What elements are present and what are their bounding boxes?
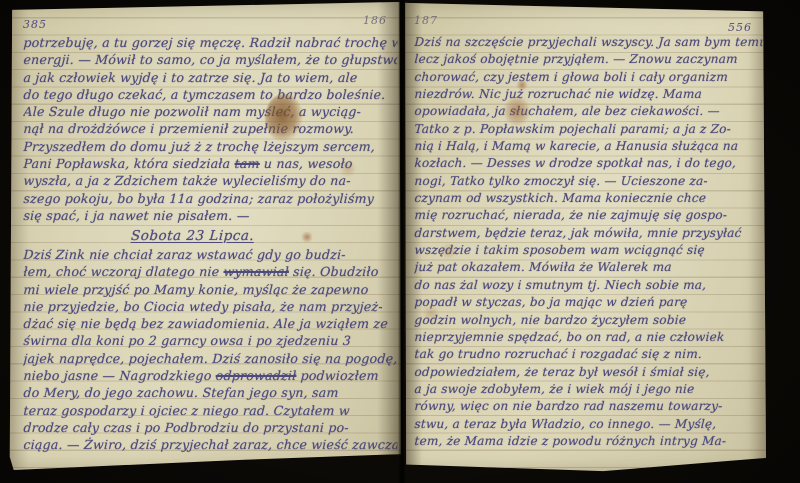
handwritten-line: Ale Szule długo nie pozwolił nam myśleć,…	[23, 103, 398, 120]
handwritten-line: stwu, a teraz była Władzio, co innego. —…	[414, 416, 763, 433]
handwritten-line: niezdrów. Nic już rozruchać nie widzę. M…	[414, 86, 763, 103]
handwritten-line: a jak człowiek wyjdę i to zatrze się. Ja…	[23, 69, 398, 86]
handwritten-line: dżać się nie będą bez zawiadomienia. Ale…	[23, 315, 398, 332]
handwritten-line: świrna dla koni po 2 garncy owsa i po zj…	[23, 332, 398, 349]
handwritten-line: się spać, i ja nawet nie pisałem. —	[23, 207, 398, 224]
handwritten-line: darstwem, będzie teraz, jak mówiła, mnie…	[414, 225, 763, 242]
handwritten-line: chorować, czy jestem i głowa boli i cały…	[414, 69, 763, 86]
handwritten-line: nią i Halą, i Mamą w karecie, a Hanusia …	[414, 138, 763, 155]
handwritten-line: godzin wolnych, nie bardzo życzyłem sobi…	[414, 312, 763, 329]
right-page: 187 556 Dziś na szczęście przyjechali ws…	[404, 1, 766, 473]
handwritten-line: do Mery, do jego zachowu. Stefan jego sy…	[23, 384, 398, 401]
handwritten-line: mię rozruchać, nierada, że nie zajmuję s…	[414, 207, 763, 224]
handwritten-line: lecz jakoś obojętnie przyjąłem. — Znowu …	[414, 51, 763, 68]
handwritten-line: nieprzyjemnie spędzać, bo on rad, a nie …	[414, 329, 763, 346]
left-paragraph-2: Dziś Zink nie chciał zaraz wstawać gdy g…	[23, 246, 397, 454]
handwritten-line: Tatko z p. Popławskim pojechali parami; …	[414, 121, 763, 138]
handwritten-line: Pani Popławska, która siedziała tam u na…	[23, 155, 398, 172]
handwritten-line: czynam od wszystkich. Mama koniecznie ch…	[414, 190, 763, 207]
handwritten-line: drodze cały czas i po Podbrodziu do przy…	[23, 419, 398, 436]
handwritten-line: wszędzie i takim sposobem wam wciągnąć s…	[414, 242, 763, 259]
handwritten-line: Dziś na szczęście przyjechali wszyscy. J…	[414, 34, 763, 51]
left-page: 385 186 potrzebuję, a tu gorzej się męcz…	[9, 1, 401, 471]
handwritten-line: kozłach. — Desses w drodze spotkał nas, …	[414, 155, 763, 172]
handwritten-line: nie przyjedzie, bo Ciocia wtedy pisała, …	[23, 298, 398, 315]
handwritten-line: Przyszedłem do domu już ż z trochę lżejs…	[23, 138, 398, 155]
handwritten-line: teraz gospodarzy i ojciec z niego rad. C…	[23, 402, 398, 419]
handwritten-line: nogi, Tatko tylko zmoczył się. — Ucieszo…	[414, 173, 763, 190]
left-archive-number: 385	[23, 18, 47, 31]
handwritten-line: popadł w styczas, bo ja mając w dzień pa…	[414, 294, 763, 311]
right-paragraph: Dziś na szczęście przyjechali wszyscy. J…	[414, 34, 762, 450]
handwritten-line: do nas żal wozy i smutnym tj. Niech sobi…	[414, 277, 763, 294]
handwritten-line: tak go trudno rozruchać i rozgadać się z…	[414, 346, 763, 363]
handwritten-line: ciąga. — Żwiro, dziś przyjechał zaraz, c…	[23, 436, 398, 453]
right-archive-number: 556	[728, 21, 752, 34]
left-page-number: 186	[363, 14, 387, 27]
handwritten-line: mi wiele przyjść po Mamy konie, myśląc ż…	[23, 281, 398, 298]
handwritten-line: szego pokoju, bo była 11a godzina; zaraz…	[23, 190, 398, 207]
handwritten-line: tem, że Mama idzie z powodu różnych intr…	[414, 433, 763, 450]
manuscript-photo: 385 186 potrzebuję, a tu gorzej się męcz…	[0, 0, 800, 483]
handwritten-line: jajek naprędce, pojechałem. Dziś zanosił…	[23, 350, 398, 367]
handwritten-line: już pat okazałem. Mówiła że Walerek ma	[414, 259, 763, 276]
ink-stain	[301, 231, 313, 243]
handwritten-line: nął na drożdżówce i przemienił zupełnie …	[23, 120, 398, 137]
left-paragraph-1: potrzebuję, a tu gorzej się męczę. Radzi…	[23, 34, 397, 224]
handwritten-line: opowiadała, ja słuchałem, ale bez ciekaw…	[414, 103, 763, 120]
handwritten-line: równy, więc on nie bardzo rad naszemu to…	[414, 398, 763, 415]
handwritten-line: niebo jasne — Nagrodzkiego odprowadził p…	[23, 367, 398, 384]
handwritten-line: wyszła, a ja z Zdzichem także wylecieliś…	[23, 172, 398, 189]
handwritten-line: potrzebuję, a tu gorzej się męczę. Radzi…	[23, 34, 398, 51]
handwritten-line: Dziś Zink nie chciał zaraz wstawać gdy g…	[23, 246, 398, 263]
handwritten-line: odpowiedziałem, że teraz był wesół i śmi…	[414, 364, 763, 381]
right-page-number: 187	[414, 14, 438, 27]
handwritten-line: energji. — Mówił to samo, co ja myślałem…	[23, 51, 398, 68]
handwritten-line: łem, choć wczoraj dlatego nie wymawiał s…	[23, 263, 398, 280]
handwritten-line: a ja swoje zdobyłem, że i wiek mój i jeg…	[414, 381, 763, 398]
handwritten-line: do tego długo czekać, a tymczasem to bar…	[23, 86, 398, 103]
entry-heading: Sobota 23 Lipca.	[130, 228, 254, 244]
